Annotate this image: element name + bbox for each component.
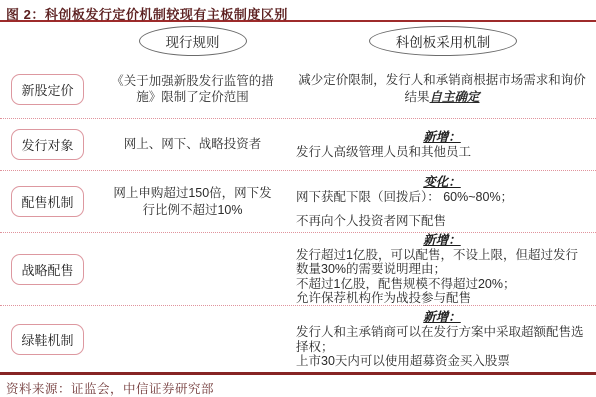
label-col: 战略配售 bbox=[0, 254, 95, 285]
source-note: 资料来源：证监会，中信证券研究部 bbox=[0, 372, 596, 397]
star-line: 发行超过1亿股，可以配售，不设上限，但超过发行数量30%的需要说明理由； bbox=[296, 248, 588, 277]
figure-container: 图 2：科创板发行定价机制较现有主板制度区别 现行规则 科创板采用机制 新股定价… bbox=[0, 0, 596, 397]
figure-title: 图 2：科创板发行定价机制较现有主板制度区别 bbox=[0, 0, 596, 22]
header-cell-star: 科创板采用机制 bbox=[290, 26, 596, 56]
row-placement-mechanism: 配售机制 网上申购超过150倍，网下发行比例不超过10% 变化： 网下获配下限（… bbox=[0, 170, 596, 232]
line-gap bbox=[296, 205, 588, 214]
row-label-issuance-targets: 发行对象 bbox=[11, 129, 83, 160]
column-header-current-rules: 现行规则 bbox=[139, 26, 247, 56]
star-mechanism-new-stock-pricing: 减少定价限制，发行人和承销商根据市场需求和询价结果自主确定 bbox=[290, 72, 596, 106]
row-strategic-placement: 战略配售 新增： 发行超过1亿股，可以配售，不设上限，但超过发行数量30%的需要… bbox=[0, 232, 596, 305]
change-tag-new: 新增： bbox=[296, 310, 588, 324]
star-line: 发行人和主承销商可以在发行方案中采取超额配售选择权； bbox=[296, 325, 588, 354]
label-col: 绿鞋机制 bbox=[0, 324, 95, 355]
star-line: 不超过1亿股，配售规模不得超过20%； bbox=[296, 277, 588, 291]
change-tag-new: 新增： bbox=[296, 130, 588, 144]
row-label-new-stock-pricing: 新股定价 bbox=[11, 74, 83, 105]
star-emphasis-text: 自主确定 bbox=[430, 90, 480, 104]
star-line: 允许保荐机构作为战投参与配售 bbox=[296, 291, 588, 305]
star-line: 不再向个人投资者网下配售 bbox=[296, 214, 588, 228]
current-rule-new-stock-pricing: 《关于加强新股发行监管的措施》限制了定价范围 bbox=[95, 73, 290, 106]
star-mechanism-greenshoe: 新增： 发行人和主承销商可以在发行方案中采取超额配售选择权； 上市30天内可以使… bbox=[290, 310, 596, 368]
star-line: 网下获配下限（回拨后）： 60%~80%； bbox=[296, 190, 588, 204]
column-headers: 现行规则 科创板采用机制 bbox=[0, 22, 596, 60]
star-mechanism-placement: 变化： 网下获配下限（回拨后）： 60%~80%； 不再向个人投资者网下配售 bbox=[290, 175, 596, 228]
change-tag-changed: 变化： bbox=[296, 175, 588, 189]
row-greenshoe-mechanism: 绿鞋机制 新增： 发行人和主承销商可以在发行方案中采取超额配售选择权； 上市30… bbox=[0, 305, 596, 372]
current-rule-issuance-targets: 网上、网下、战略投资者 bbox=[95, 136, 290, 152]
header-cell-current: 现行规则 bbox=[95, 26, 290, 56]
label-col: 新股定价 bbox=[0, 74, 95, 105]
label-col: 发行对象 bbox=[0, 129, 95, 160]
row-label-strategic-placement: 战略配售 bbox=[11, 254, 83, 285]
label-col: 配售机制 bbox=[0, 186, 95, 217]
current-rule-placement-mechanism: 网上申购超过150倍，网下发行比例不超过10% bbox=[95, 185, 290, 218]
row-new-stock-pricing: 新股定价 《关于加强新股发行监管的措施》限制了定价范围 减少定价限制，发行人和承… bbox=[0, 60, 596, 118]
row-label-greenshoe-mechanism: 绿鞋机制 bbox=[11, 324, 83, 355]
star-line: 上市30天内可以使用超募资金买入股票 bbox=[296, 354, 588, 368]
row-issuance-targets: 发行对象 网上、网下、战略投资者 新增： 发行人高级管理人员和其他员工 bbox=[0, 118, 596, 170]
column-header-star-mechanism: 科创板采用机制 bbox=[369, 26, 518, 56]
star-line: 发行人高级管理人员和其他员工 bbox=[296, 145, 588, 159]
change-tag-new: 新增： bbox=[296, 233, 588, 247]
star-mechanism-strategic-placement: 新增： 发行超过1亿股，可以配售，不设上限，但超过发行数量30%的需要说明理由；… bbox=[290, 233, 596, 305]
star-mechanism-issuance-targets: 新增： 发行人高级管理人员和其他员工 bbox=[290, 130, 596, 160]
row-label-placement-mechanism: 配售机制 bbox=[11, 186, 83, 217]
